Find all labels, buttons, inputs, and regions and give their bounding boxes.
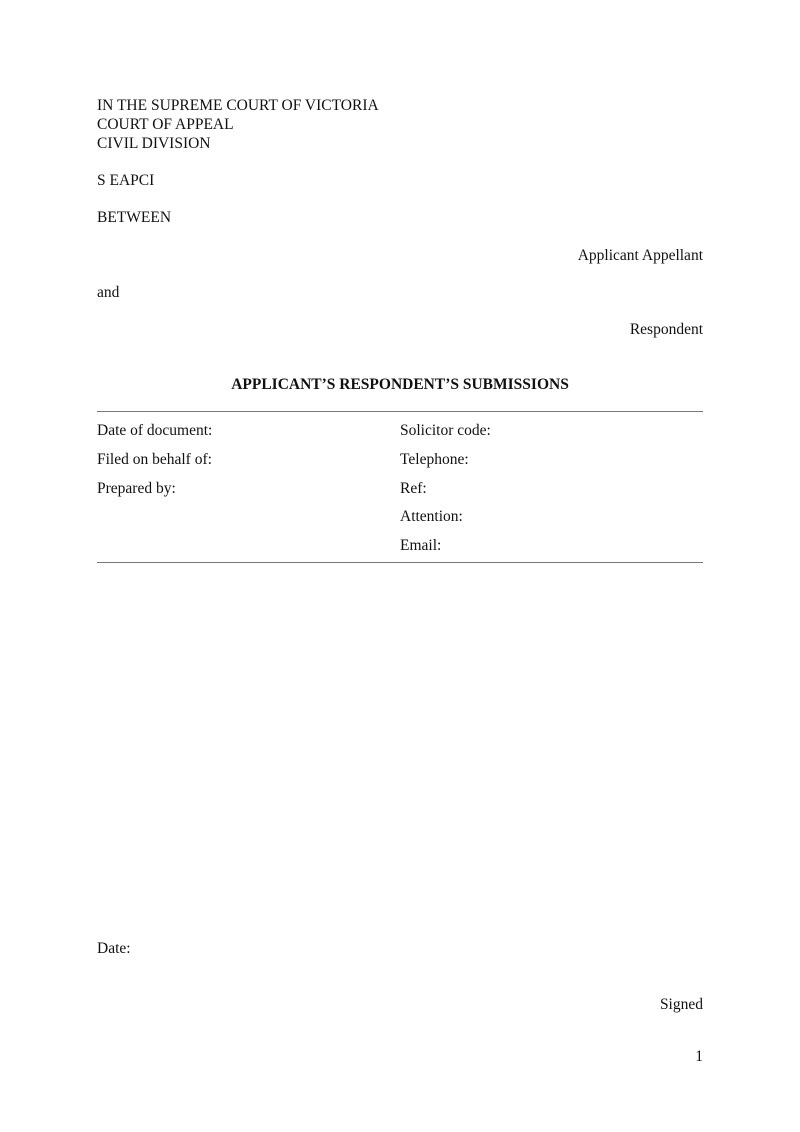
party2-role: Respondent: [630, 321, 703, 339]
detail-telephone: Telephone:: [400, 451, 469, 469]
detail-prepared-by: Prepared by:: [97, 480, 176, 498]
bottom-divider: [97, 562, 703, 563]
detail-ref: Ref:: [400, 480, 427, 498]
detail-solicitor-code: Solicitor code:: [400, 422, 491, 440]
signed-label: Signed: [660, 996, 703, 1014]
detail-email: Email:: [400, 537, 441, 555]
document-title: APPLICANT’S RESPONDENT’S SUBMISSIONS: [0, 376, 800, 394]
page-number: 1: [695, 1048, 703, 1066]
court-division-line: COURT OF APPEAL: [97, 116, 234, 134]
court-subdivision-line: CIVIL DIVISION: [97, 135, 211, 153]
and-label: and: [97, 284, 119, 302]
between-label: BETWEEN: [97, 209, 171, 227]
case-number: S EAPCI: [97, 172, 154, 190]
detail-filed-on-behalf: Filed on behalf of:: [97, 451, 212, 469]
date-label: Date:: [97, 940, 131, 958]
detail-date-of-document: Date of document:: [97, 422, 212, 440]
court-name-line: IN THE SUPREME COURT OF VICTORIA: [97, 97, 379, 115]
top-divider: [97, 411, 703, 412]
party1-role: Applicant Appellant: [578, 247, 703, 265]
detail-attention: Attention:: [400, 508, 463, 526]
